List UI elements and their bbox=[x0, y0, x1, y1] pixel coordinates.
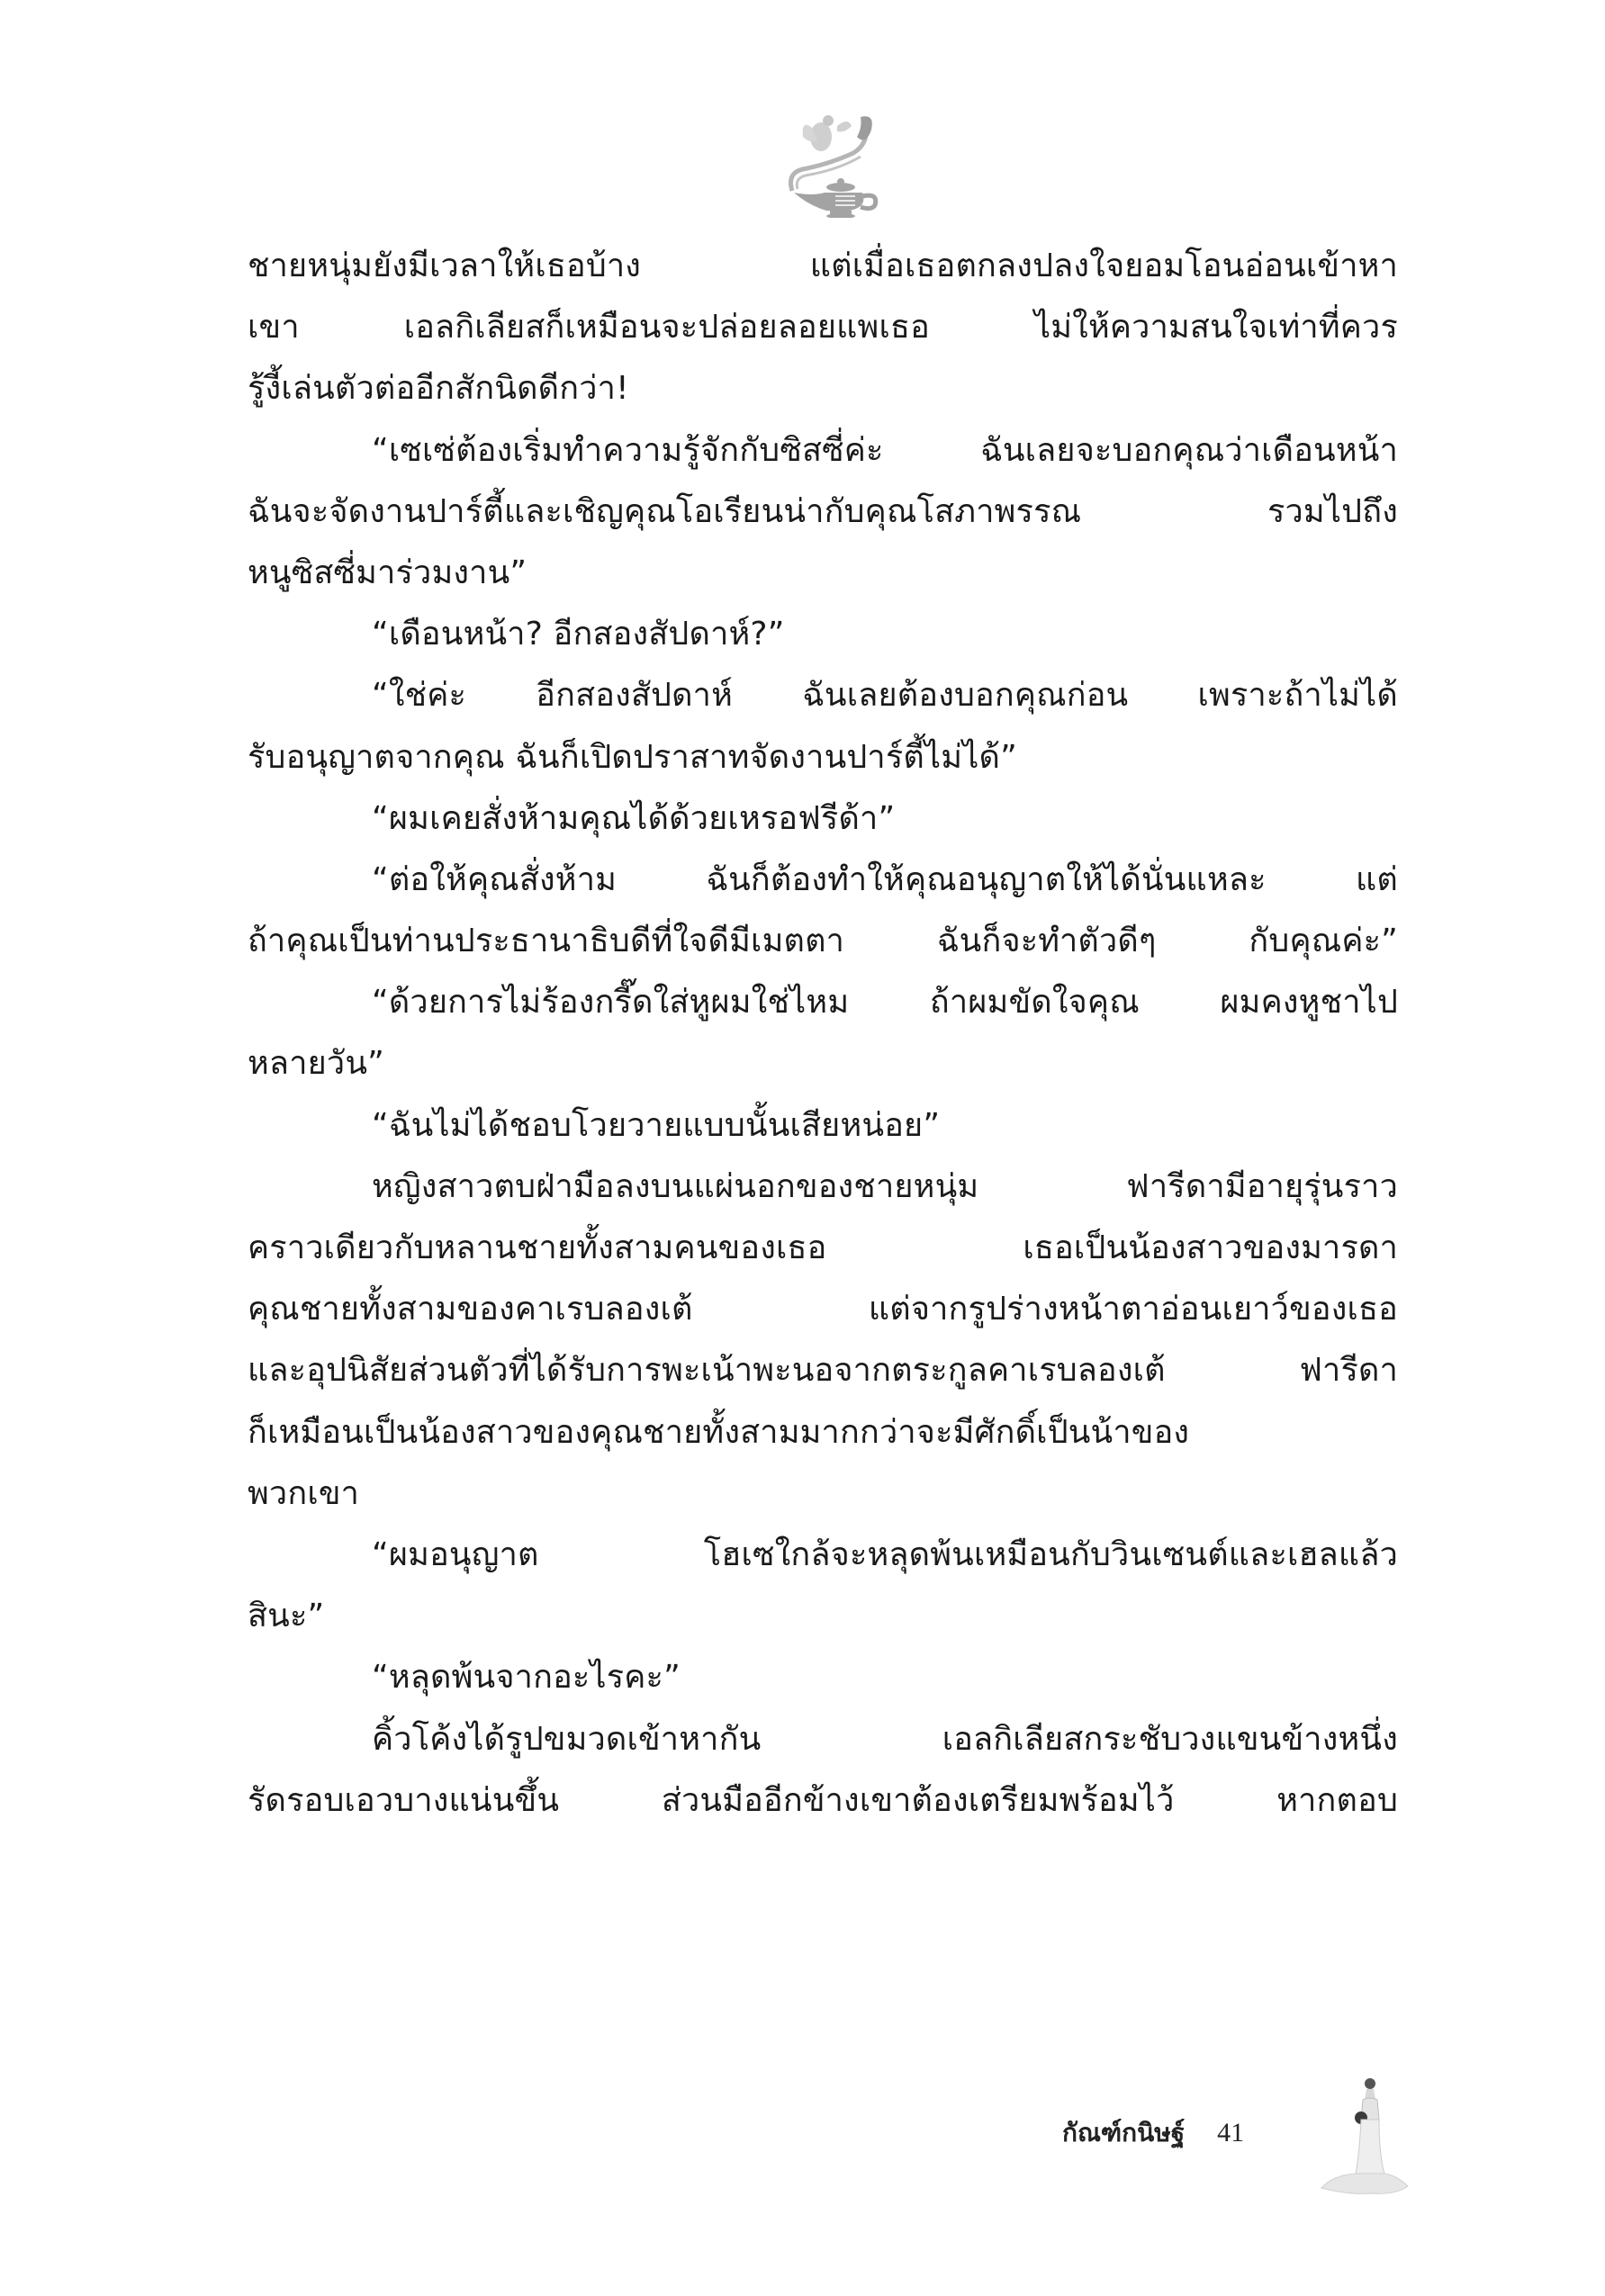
text-line: รัดรอบเอวบางแน่นขึ้น ส่วนมืออีกข้างเขาต้… bbox=[248, 1770, 1398, 1832]
text-line: ชายหนุ่มยังมีเวลาให้เธอบ้าง แต่เมื่อเธอต… bbox=[248, 236, 1398, 297]
text-line: คุณชายทั้งสามของคาเรบลองเต้ แต่จากรูปร่า… bbox=[248, 1279, 1398, 1340]
text-line: รับอนุญาตจากคุณ ฉันก็เปิดปราสาทจัดงานปาร… bbox=[248, 727, 1398, 788]
text-line: “ใช่ค่ะ อีกสองสัปดาห์ ฉันเลยต้องบอกคุณก่… bbox=[248, 665, 1398, 726]
text-line: คิ้วโค้งได้รูปขมวดเข้าหากัน เอลกิเลียสกร… bbox=[248, 1709, 1398, 1770]
text-line: “ด้วยการไม่ร้องกรี๊ดใส่หูผมใช่ไหม ถ้าผมข… bbox=[248, 972, 1398, 1033]
page-number: 41 bbox=[1217, 2118, 1244, 2148]
text-line: รู้งี้เล่นตัวต่ออีกสักนิดดีกว่า! bbox=[248, 358, 1398, 419]
text-line: “ฉันไม่ได้ชอบโวยวายแบบนั้นเสียหน่อย” bbox=[248, 1095, 1398, 1157]
text-line: ฉันจะจัดงานปาร์ตี้และเชิญคุณโอเรียนน่ากั… bbox=[248, 482, 1398, 543]
text-line: สินะ” bbox=[248, 1586, 1398, 1647]
text-line: หญิงสาวตบฝ่ามือลงบนแผ่นอกของชายหนุ่ม ฟาร… bbox=[248, 1157, 1398, 1218]
text-line: หนูซิสซี่มาร่วมงาน” bbox=[248, 543, 1398, 604]
story-body: ชายหนุ่มยังมีเวลาให้เธอบ้าง แต่เมื่อเธอต… bbox=[248, 236, 1398, 1832]
text-line: ก็เหมือนเป็นน้องสาวของคุณชายทั้งสามมากกว… bbox=[248, 1402, 1398, 1463]
book-title: กัณฑ์กนิษฐ์ bbox=[1062, 2113, 1185, 2153]
genie-lamp-icon bbox=[785, 110, 886, 218]
text-line: “ผมอนุญาต โฮเซใกล้จะหลุดพ้นเหมือนกับวินเ… bbox=[248, 1525, 1398, 1586]
text-line: “หลุดพ้นจากอะไรคะ” bbox=[248, 1647, 1398, 1708]
text-line: พวกเขา bbox=[248, 1463, 1398, 1525]
text-line: คราวเดียวกับหลานชายทั้งสามคนของเธอ เธอเป… bbox=[248, 1218, 1398, 1279]
page-footer: กัณฑ์กนิษฐ์ 41 bbox=[1062, 2111, 1244, 2156]
text-line: ถ้าคุณเป็นท่านประธานาธิบดีที่ใจดีมีเมตตา… bbox=[248, 911, 1398, 972]
text-line: “เดือนหน้า? อีกสองสัปดาห์?” bbox=[248, 604, 1398, 665]
text-line: “ต่อให้คุณสั่งห้าม ฉันก็ต้องทำให้คุณอนุญ… bbox=[248, 850, 1398, 911]
text-line: และอุปนิสัยส่วนตัวที่ได้รับการพะเน้าพะนอ… bbox=[248, 1340, 1398, 1401]
bride-figure-icon bbox=[1314, 2075, 1413, 2201]
book-page: ชายหนุ่มยังมีเวลาให้เธอบ้าง แต่เมื่อเธอต… bbox=[0, 0, 1605, 2296]
text-line: หลายวัน” bbox=[248, 1033, 1398, 1094]
text-line: “เซเซ่ต้องเริ่มทำความรู้จักกับซิสซี่ค่ะ … bbox=[248, 420, 1398, 482]
text-line: “ผมเคยสั่งห้ามคุณได้ด้วยเหรอฟรีด้า” bbox=[248, 788, 1398, 850]
text-line: เขา เอลกิเลียสก็เหมือนจะปล่อยลอยแพเธอ ไม… bbox=[248, 297, 1398, 358]
